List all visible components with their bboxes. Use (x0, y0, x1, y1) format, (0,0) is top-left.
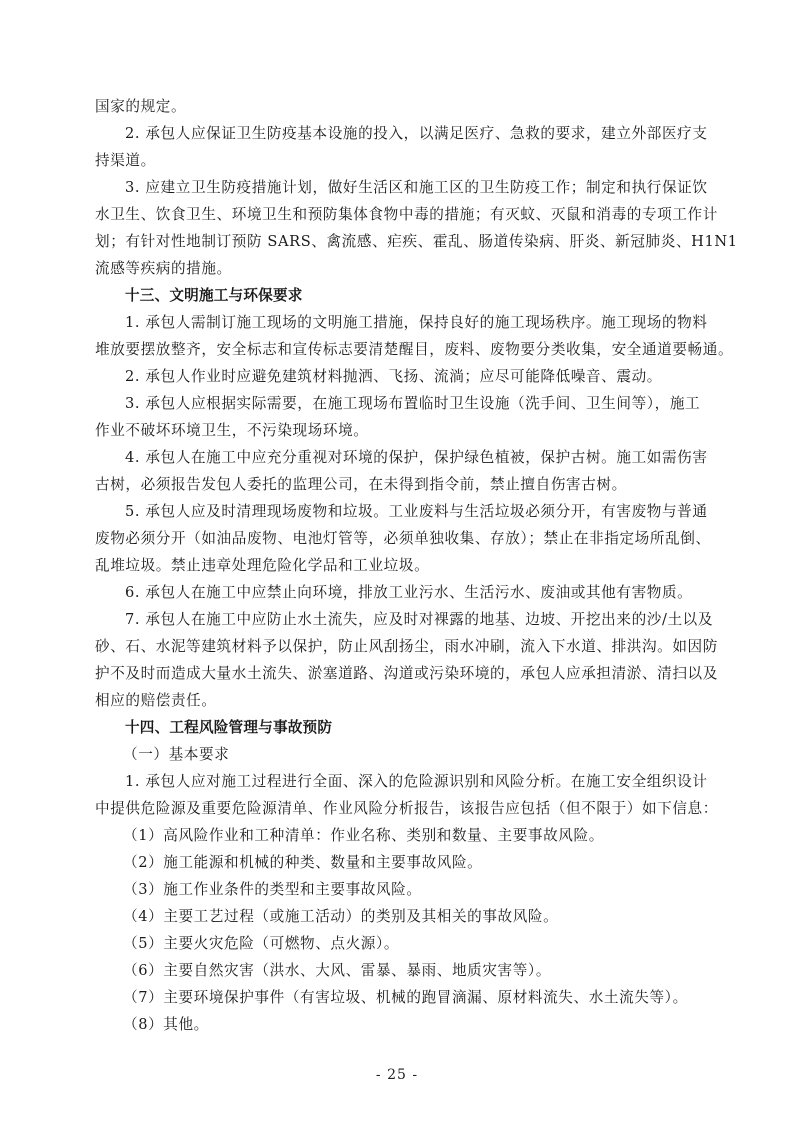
document-body: 国家的规定。 2. 承包人应保证卫生防疫基本设施的投入，以满足医疗、急救的要求，… (95, 93, 717, 1038)
paragraph-start: 4. 承包人在施工中应充分重视对环境的保护，保护绿色植被，保护古树。施工如需伤害 (95, 444, 717, 471)
text-line: 水卫生、饮食卫生、环境卫生和预防集体食物中毒的措施；有灭蚊、灭鼠和消毒的专项工作… (95, 201, 717, 228)
text-line: 废物必须分开（如油品废物、电池灯管等，必须单独收集、存放）；禁止在非指定场所乱倒… (95, 525, 717, 552)
list-item: （3）施工作业条件的类型和主要事故风险。 (95, 876, 717, 903)
paragraph-start: 1. 承包人需制订施工现场的文明施工措施，保持良好的施工现场秩序。施工现场的物料 (95, 309, 717, 336)
section-heading-13: 十三、文明施工与环保要求 (95, 282, 717, 309)
page-number: - 25 - (0, 1067, 794, 1083)
text-line: 乱堆垃圾。禁止违章处理危险化学品和工业垃圾。 (95, 552, 717, 579)
list-item: （4）主要工艺过程（或施工活动）的类别及其相关的事故风险。 (95, 903, 717, 930)
subsection-heading: （一）基本要求 (95, 741, 717, 768)
paragraph-start: 2. 承包人作业时应避免建筑材料抛洒、飞扬、流淌；应尽可能降低噪音、震动。 (95, 363, 717, 390)
text-line: 相应的赔偿责任。 (95, 687, 717, 714)
paragraph-start: 6. 承包人在施工中应禁止向环境，排放工业污水、生活污水、废油或其他有害物质。 (95, 579, 717, 606)
list-item: （6）主要自然灾害（洪水、大风、雷暴、暴雨、地质灾害等）。 (95, 957, 717, 984)
text-line: 砂、石、水泥等建筑材料予以保护，防止风刮扬尘，雨水冲刷，流入下水道、排洪沟。如因… (95, 633, 717, 660)
paragraph-start: 1. 承包人应对施工过程进行全面、深入的危险源识别和风险分析。在施工安全组织设计 (95, 768, 717, 795)
text-line: 持渠道。 (95, 147, 717, 174)
paragraph-start: 5. 承包人应及时清理现场废物和垃圾。工业废料与生活垃圾必须分开，有害废物与普通 (95, 498, 717, 525)
section-heading-14: 十四、工程风险管理与事故预防 (95, 714, 717, 741)
text-line: 堆放要摆放整齐，安全标志和宣传标志要清楚醒目，废料、废物要分类收集，安全通道要畅… (95, 336, 717, 363)
text-line: 中提供危险源及重要危险源清单、作业风险分析报告，该报告应包括（但不限于）如下信息… (95, 795, 717, 822)
list-item: （8）其他。 (95, 1011, 717, 1038)
text-line: 国家的规定。 (95, 93, 717, 120)
paragraph-2-start: 2. 承包人应保证卫生防疫基本设施的投入，以满足医疗、急救的要求，建立外部医疗支 (95, 120, 717, 147)
text-line: 划；有针对性地制订预防 SARS、禽流感、疟疾、霍乱、肠道传染病、肝炎、新冠肺炎… (95, 228, 717, 255)
paragraph-start: 3. 承包人应根据实际需要，在施工现场布置临时卫生设施（洗手间、卫生间等），施工 (95, 390, 717, 417)
paragraph-3-start: 3. 应建立卫生防疫措施计划，做好生活区和施工区的卫生防疫工作；制定和执行保证饮 (95, 174, 717, 201)
list-item: （5）主要火灾危险（可燃物、点火源）。 (95, 930, 717, 957)
text-line: 古树，必须报告发包人委托的监理公司，在未得到指令前，禁止擅自伤害古树。 (95, 471, 717, 498)
list-item: （2）施工能源和机械的种类、数量和主要事故风险。 (95, 849, 717, 876)
paragraph-start: 7. 承包人在施工中应防止水土流失，应及时对裸露的地基、边坡、开挖出来的沙/土以… (95, 606, 717, 633)
text-line: 流感等疾病的措施。 (95, 255, 717, 282)
list-item: （1）高风险作业和工种清单：作业名称、类别和数量、主要事故风险。 (95, 822, 717, 849)
text-line: 护不及时而造成大量水土流失、淤塞道路、沟道或污染环境的，承包人应承担清淤、清扫以… (95, 660, 717, 687)
list-item: （7）主要环境保护事件（有害垃圾、机械的跑冒滴漏、原材料流失、水土流失等）。 (95, 984, 717, 1011)
text-line: 作业不破坏环境卫生，不污染现场环境。 (95, 417, 717, 444)
